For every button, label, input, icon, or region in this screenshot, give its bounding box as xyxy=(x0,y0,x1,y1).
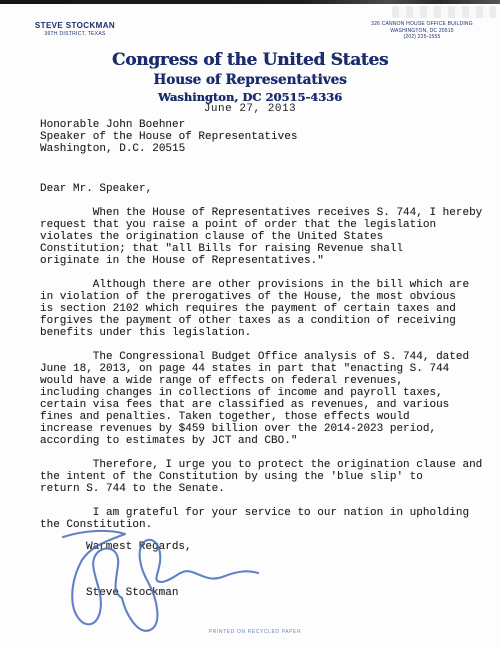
paragraph-3: The Congressional Budget Office analysis… xyxy=(40,351,472,447)
member-name: STEVE STOCKMAN xyxy=(16,21,134,30)
office-address-line1: 326 CANNON HOUSE OFFICE BUILDING xyxy=(352,21,492,28)
paragraph-4: Therefore, I urge you to protect the ori… xyxy=(40,459,472,495)
washington-line: Washington, DC 20515-4336 xyxy=(0,90,500,104)
signer-name: Steve Stockman xyxy=(40,587,472,599)
letter-page: STEVE STOCKMAN 36TH DISTRICT, TEXAS 326 … xyxy=(0,0,500,649)
letter-date: June 27, 2013 xyxy=(0,103,500,115)
letter-body: Honorable John Boehner Speaker of the Ho… xyxy=(40,119,472,599)
scan-artifact xyxy=(392,6,496,18)
paragraph-5: I am grateful for your service to our na… xyxy=(40,507,472,531)
letterhead-office-block: 326 CANNON HOUSE OFFICE BUILDING WASHING… xyxy=(352,21,492,41)
scan-border-top xyxy=(0,0,500,4)
printed-note: PRINTED ON RECYCLED PAPER xyxy=(0,629,500,635)
recipient-block: Honorable John Boehner Speaker of the Ho… xyxy=(40,119,472,155)
house-title: House of Representatives xyxy=(0,72,500,88)
paragraph-2: Although there are other provisions in t… xyxy=(40,279,472,339)
member-district: 36TH DISTRICT, TEXAS xyxy=(16,31,134,37)
closing-line: Warmest Regards, xyxy=(40,541,472,553)
paragraph-1: When the House of Representatives receiv… xyxy=(40,207,472,267)
congress-title: Congress of the United States xyxy=(0,50,500,70)
office-phone: (202) 225-1555 xyxy=(352,34,492,41)
letterhead-member-block: STEVE STOCKMAN 36TH DISTRICT, TEXAS xyxy=(16,21,134,37)
salutation: Dear Mr. Speaker, xyxy=(40,183,472,195)
